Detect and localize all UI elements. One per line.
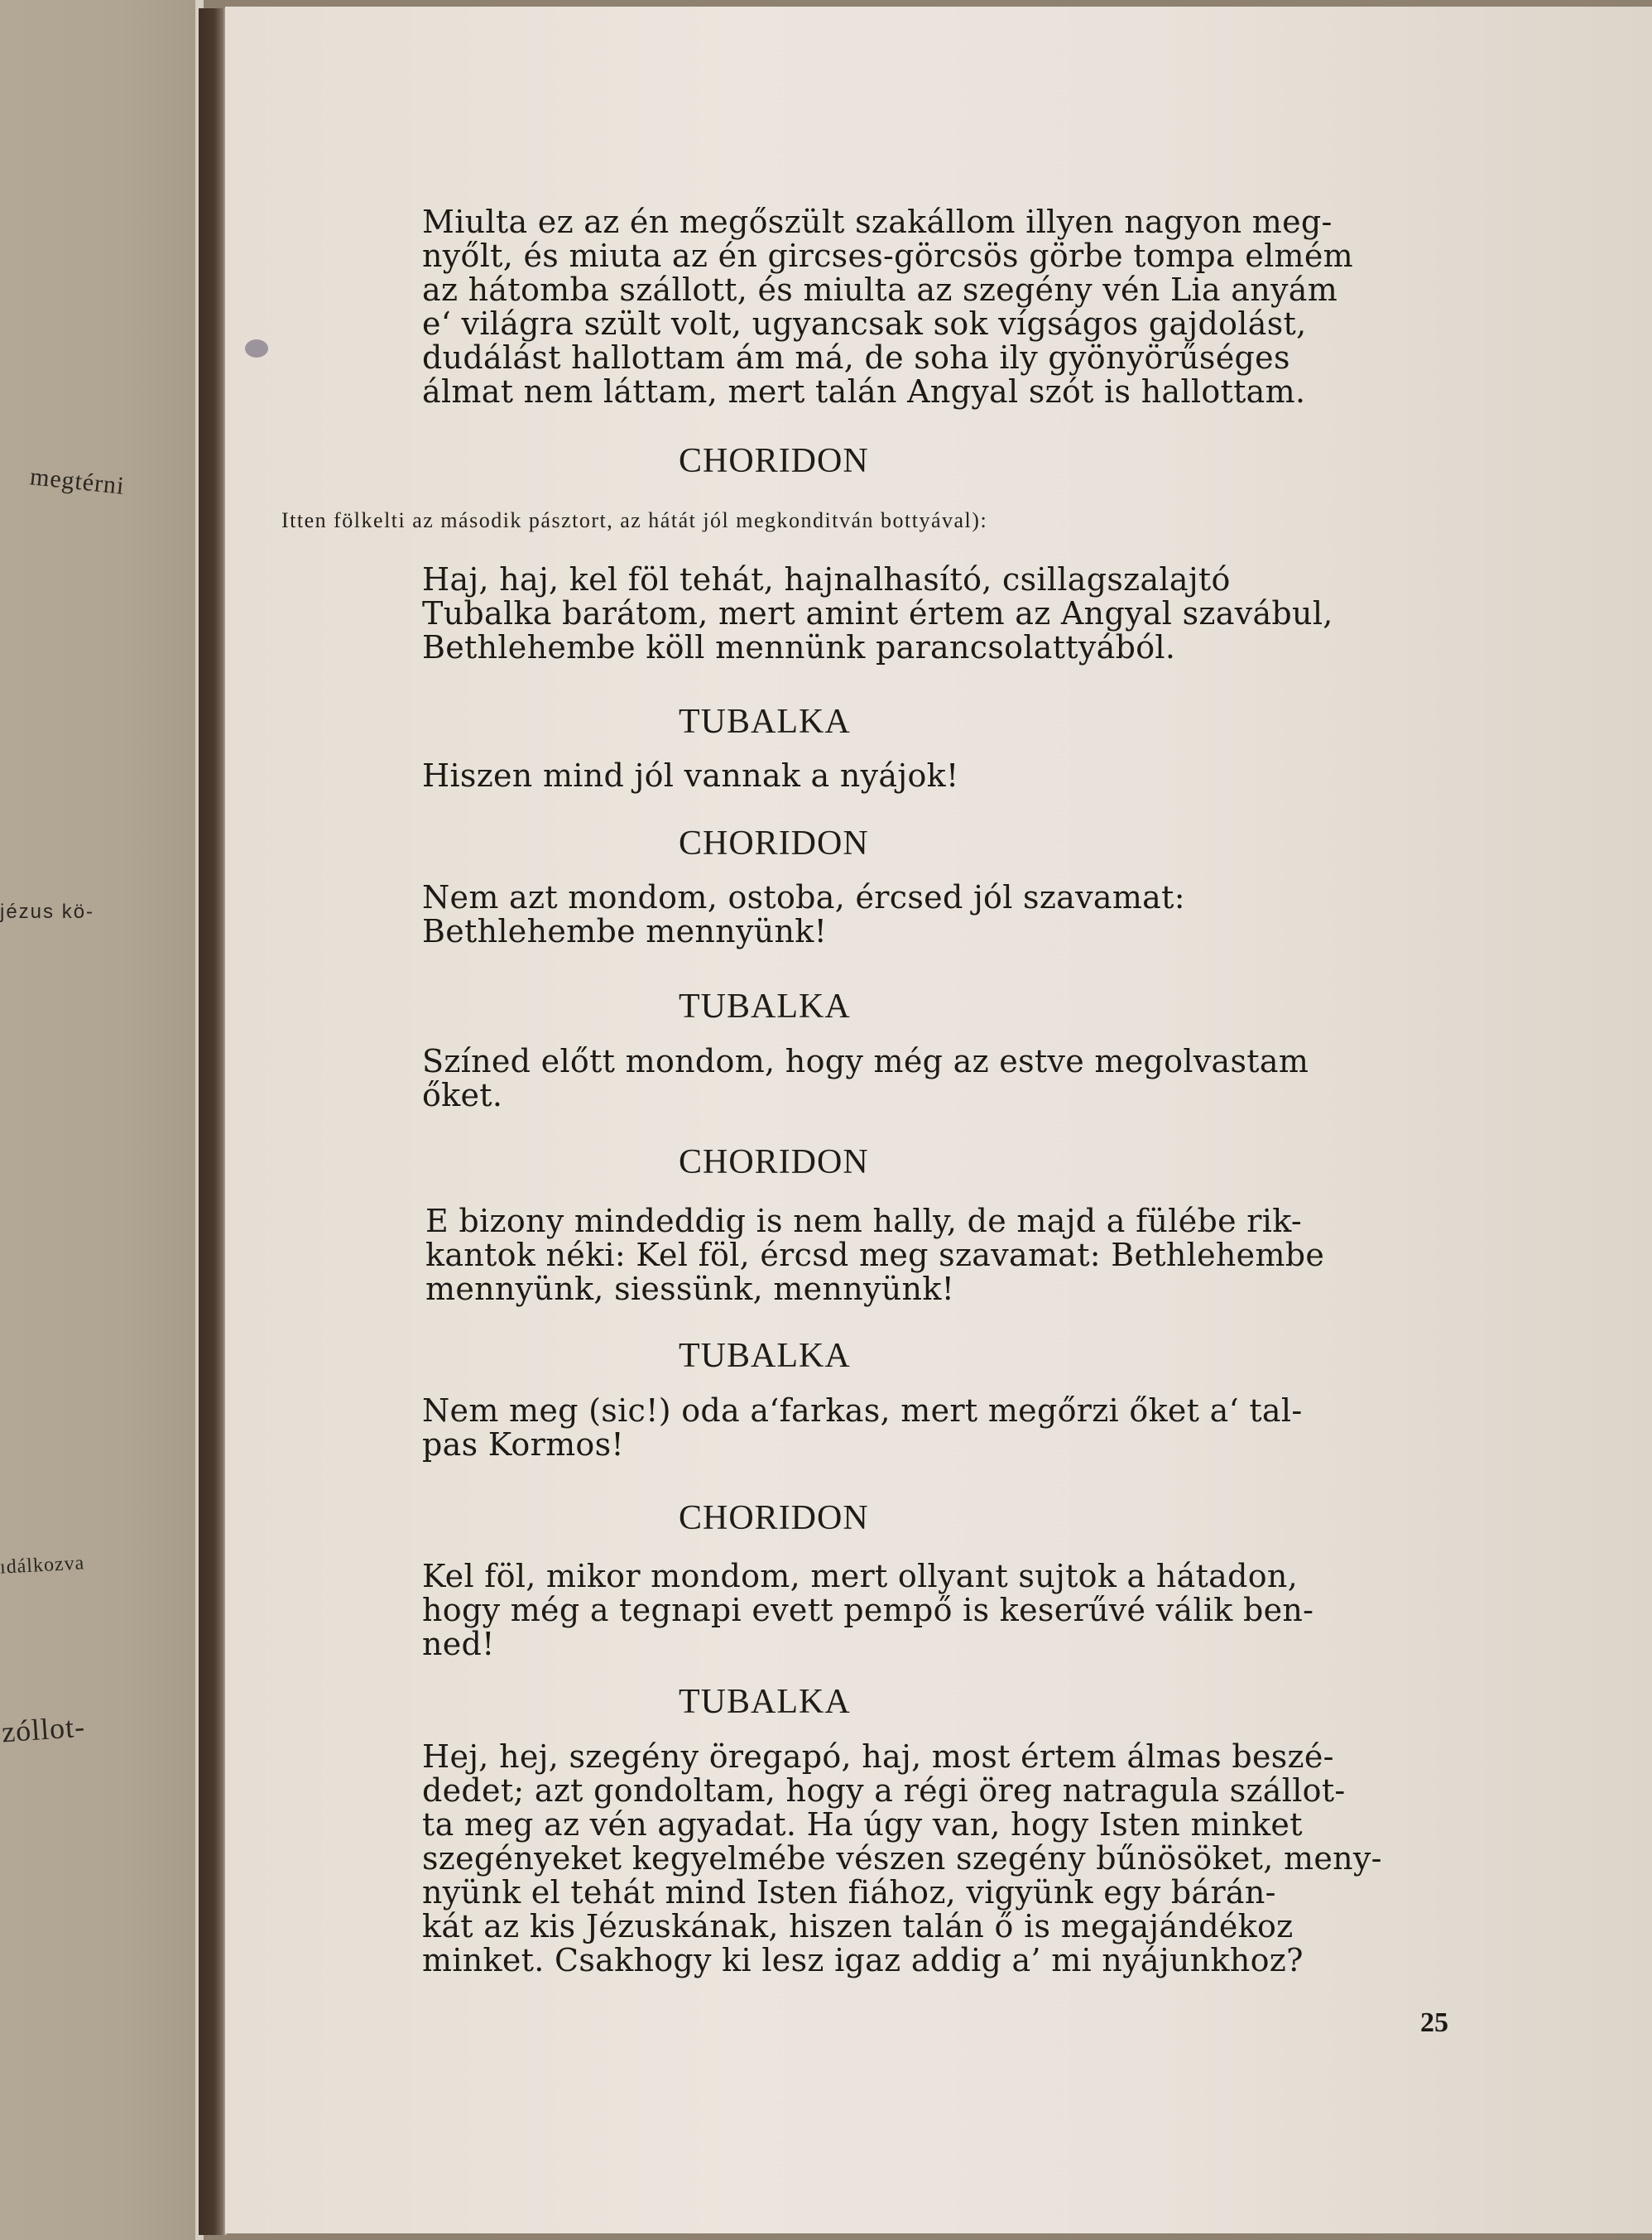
text-line: minket. Csakhogy ki lesz igaz addig a’ m… <box>422 1944 1457 1978</box>
text-line: hogy még a tegnapi evett pempő is keserű… <box>422 1593 1457 1627</box>
text-line: álmat nem láttam, mert talán Angyal szót… <box>422 375 1457 409</box>
text-line: pas Kormos! <box>422 1428 1457 1462</box>
paragraph: Kel föl, mikor mondom, mert ollyant sujt… <box>422 1560 1457 1661</box>
left-page: megtérni jézus kö- ıdálkozva zóllot- <box>0 0 199 2240</box>
text-line: Haj, haj, kel föl tehát, hajnalhasító, c… <box>422 563 1457 597</box>
text-line: Hiszen mind jól vannak a nyájok! <box>422 759 1457 793</box>
text-line: Színed előtt mondom, hogy még az estve m… <box>422 1045 1457 1079</box>
text-line: Bethlehembe köll mennünk parancsolattyáb… <box>422 631 1457 665</box>
paragraph: Hiszen mind jól vannak a nyájok! <box>422 759 1457 793</box>
text-line: Nem azt mondom, ostoba, ércsed jól szava… <box>422 881 1457 915</box>
paragraph: Haj, haj, kel föl tehát, hajnalhasító, c… <box>422 563 1457 665</box>
text-line: őket. <box>422 1079 1457 1113</box>
text-line: ta meg az vén agyadat. Ha úgy van, hogy … <box>422 1808 1457 1842</box>
text-line: E bizony mindeddig is nem hally, de majd… <box>425 1204 1460 1238</box>
paragraph: Nem azt mondom, ostoba, ércsed jól szava… <box>422 881 1457 949</box>
speaker-name: TUBALKA <box>679 1336 851 1376</box>
text-line: Miulta ez az én megőszült szakállom illy… <box>422 205 1457 239</box>
paragraph: Miulta ez az én megőszült szakállom illy… <box>422 205 1457 409</box>
text-line: Nem meg (sic!) oda a‘farkas, mert megőrz… <box>422 1394 1457 1428</box>
margin-fragment: jézus kö- <box>0 901 94 924</box>
paragraph: E bizony mindeddig is nem hally, de majd… <box>425 1204 1460 1306</box>
text-line: szegényeket kegyelmébe vészen szegény bű… <box>422 1842 1457 1876</box>
paragraph: Nem meg (sic!) oda a‘farkas, mert megőrz… <box>422 1394 1457 1462</box>
text-line: Kel föl, mikor mondom, mert ollyant sujt… <box>422 1560 1457 1593</box>
speaker-name: CHORIDON <box>679 824 869 863</box>
ink-stain <box>245 339 268 358</box>
margin-fragment: zóllot- <box>1 1709 87 1750</box>
speaker-name: CHORIDON <box>679 1142 869 1182</box>
margin-fragment: ıdálkozva <box>0 1552 85 1579</box>
text-line: Hej, hej, szegény öregapó, haj, most ért… <box>422 1740 1457 1774</box>
text-line: kát az kis Jézuskának, hiszen talán ő is… <box>422 1910 1457 1944</box>
margin-fragment: megtérni <box>29 463 127 501</box>
text-line: mennyünk, siessünk, mennyünk! <box>425 1272 1460 1306</box>
text-line: Tubalka barátom, mert amint értem az Ang… <box>422 597 1457 631</box>
text-line: ned! <box>422 1627 1457 1661</box>
text-line: nyőlt, és miuta az én gircses-görcsös gö… <box>422 239 1457 273</box>
paragraph: Színed előtt mondom, hogy még az estve m… <box>422 1045 1457 1113</box>
speaker-name: TUBALKA <box>679 1682 851 1722</box>
text-line: e‘ világra szült volt, ugyancsak sok víg… <box>422 307 1457 341</box>
paragraph: Hej, hej, szegény öregapó, haj, most ért… <box>422 1740 1457 1978</box>
speaker-name: CHORIDON <box>679 441 869 481</box>
text-line: dudálást hallottam ám má, de soha ily gy… <box>422 341 1457 375</box>
book-spine-shadow <box>199 8 227 2235</box>
text-line: az hátomba szállott, és miulta az szegén… <box>422 273 1457 307</box>
speaker-name: TUBALKA <box>679 987 851 1026</box>
stage-direction: Itten fölkelti az második pásztort, az h… <box>281 508 1457 533</box>
text-line: dedet; azt gondoltam, hogy a régi öreg n… <box>422 1774 1457 1808</box>
text-line: Bethlehembe mennyünk! <box>422 915 1457 949</box>
speaker-name: TUBALKA <box>679 702 851 742</box>
speaker-name: CHORIDON <box>679 1498 869 1538</box>
text-line: kantok néki: Kel föl, ércsd meg szavamat… <box>425 1238 1460 1272</box>
page-number: 25 <box>1420 2007 1448 2039</box>
text-line: nyünk el tehát mind Isten fiához, vigyün… <box>422 1876 1457 1910</box>
